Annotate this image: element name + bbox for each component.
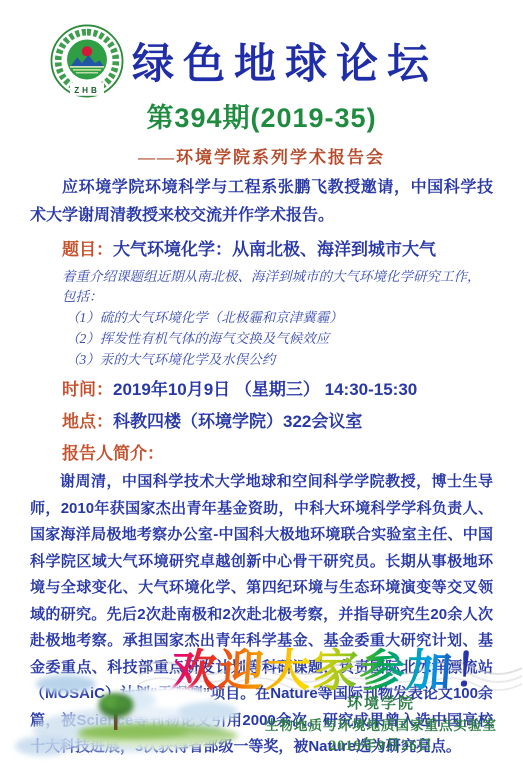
topic-row: 题目：大气环境化学：从南北极、海洋到城市大气: [62, 237, 493, 262]
forum-title: 绿色地球论坛: [132, 31, 438, 91]
location-label: 地点：: [62, 412, 113, 431]
topic-label: 题目：: [62, 240, 113, 259]
invitation-paragraph: 应环境学院环境科学与工程系张鹏飞教授邀请，中国科学技术大学谢周清教授来校交流并作…: [30, 174, 493, 230]
abstract-item-3: （3）汞的大气环境化学及水俣公约: [66, 349, 493, 370]
abstract-item-2: （2）挥发性有机气体的海气交换及气候效应: [66, 328, 493, 349]
footer-signature: 环境学院 生物地质与环境地质国家重点实验室 2019年9月26日: [253, 694, 509, 757]
zhb-environmental-logo-icon: ZHB: [50, 24, 124, 98]
series-subtitle: ——环境学院系列学术报告会: [30, 143, 493, 168]
footer-org2: 生物地质与环境地质国家重点实验室: [253, 715, 509, 736]
topic-value: 大气环境化学：从南北极、海洋到城市大气: [113, 240, 436, 259]
abstract-intro: 着重介绍课题组近期从南北极、海洋到城市的大气环境化学研究工作，包括：: [62, 267, 493, 307]
footer-date: 2019年9月26日: [253, 736, 509, 757]
issue-number: 第394期(2019-35): [30, 96, 493, 135]
seminar-poster: ZHB 绿色地球论坛 第394期(2019-35) ——环境学院系列学术报告会 …: [0, 0, 523, 768]
bio-heading: 报告人简介：: [62, 441, 493, 466]
logo-text: ZHB: [74, 86, 100, 95]
abstract-item-1: （1）硫的大气环境化学（北极霾和京津冀霾）: [66, 307, 493, 328]
poster-header: ZHB 绿色地球论坛: [30, 24, 493, 98]
time-value: 2019年10月9日 （星期三） 14:30-15:30: [113, 380, 417, 399]
bio-label: 报告人简介：: [62, 444, 164, 463]
location-row: 地点：科教四楼（环境学院）322会议室: [62, 409, 493, 434]
landscape-image: [8, 670, 264, 764]
time-row: 时间：2019年10月9日 （星期三） 14:30-15:30: [62, 377, 493, 402]
time-label: 时间：: [62, 380, 113, 399]
location-value: 科教四楼（环境学院）322会议室: [113, 412, 362, 431]
footer-org1: 环境学院: [253, 694, 509, 715]
